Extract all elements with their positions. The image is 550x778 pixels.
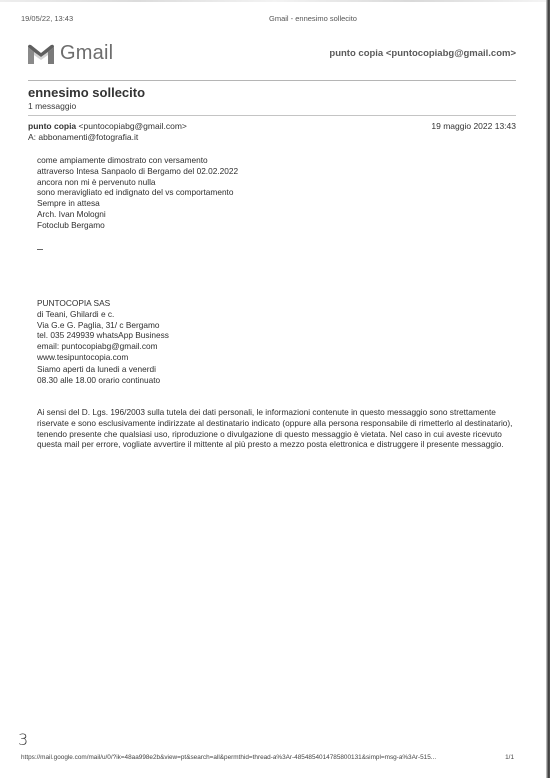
signature-line: www.tesipuntocopia.com	[37, 352, 169, 363]
body-line: ancora non mi è pervenuto nulla	[37, 177, 238, 188]
print-datetime: 19/05/22, 13:43	[21, 14, 73, 23]
header-divider	[28, 80, 516, 81]
handwritten-page-mark: 3	[18, 730, 28, 749]
body-line: Fotoclub Bergamo	[37, 220, 238, 231]
sender-email: <puntocopiabg@gmail.com>	[79, 121, 187, 131]
print-title: Gmail - ennesimo sollecito	[269, 14, 357, 23]
thread-divider	[28, 115, 516, 116]
signature-separator	[37, 249, 43, 250]
body-line: sono meravigliato ed indignato del vs co…	[37, 187, 238, 198]
hours-line: 08.30 alle 18.00 orario continuato	[37, 375, 160, 386]
message-sender: punto copia <puntocopiabg@gmail.com>	[28, 121, 187, 131]
sender-name: punto copia	[28, 121, 76, 131]
hours-line: Siamo aperti da lunedi a venerdi	[37, 364, 160, 375]
body-line: come ampiamente dimostrato con versament…	[37, 155, 238, 166]
body-line: attraverso Intesa Sanpaolo di Bergamo de…	[37, 166, 238, 177]
account-label: punto copia <puntocopiabg@gmail.com>	[329, 48, 516, 59]
gmail-wordmark: Gmail	[60, 42, 113, 65]
signature-line: di Teani, Ghilardi e c.	[37, 309, 169, 320]
signature-line: email: puntocopiabg@gmail.com	[37, 341, 169, 352]
body-line: Sempre in attesa	[37, 198, 238, 209]
scan-edge-top	[0, 0, 550, 2]
thread-subject: ennesimo sollecito	[28, 85, 145, 100]
scan-edge-right	[546, 0, 550, 778]
gmail-logo: Gmail	[28, 42, 113, 65]
message-count: 1 messaggio	[28, 101, 76, 111]
signature-line: tel. 035 249939 whatsApp Business	[37, 330, 169, 341]
signature-line: PUNTOCOPIA SAS	[37, 298, 169, 309]
opening-hours: Siamo aperti da lunedi a venerdi 08.30 a…	[37, 364, 160, 386]
message-date: 19 maggio 2022 13:43	[431, 121, 516, 131]
privacy-disclaimer: Ai sensi del D. Lgs. 196/2003 sulla tute…	[37, 407, 513, 450]
message-body: come ampiamente dimostrato con versament…	[37, 155, 238, 231]
body-line: Arch. Ivan Mologni	[37, 209, 238, 220]
signature-line: Via G.e G. Paglia, 31/ c Bergamo	[37, 320, 169, 331]
message-recipient: A: abbonamenti@fotografia.it	[28, 132, 138, 142]
gmail-m-icon	[28, 44, 54, 64]
company-signature: PUNTOCOPIA SAS di Teani, Ghilardi e c. V…	[37, 298, 169, 363]
print-footer-url: https://mail.google.com/mail/u/0/?ik=48a…	[21, 754, 436, 761]
print-footer-page: 1/1	[505, 754, 514, 761]
